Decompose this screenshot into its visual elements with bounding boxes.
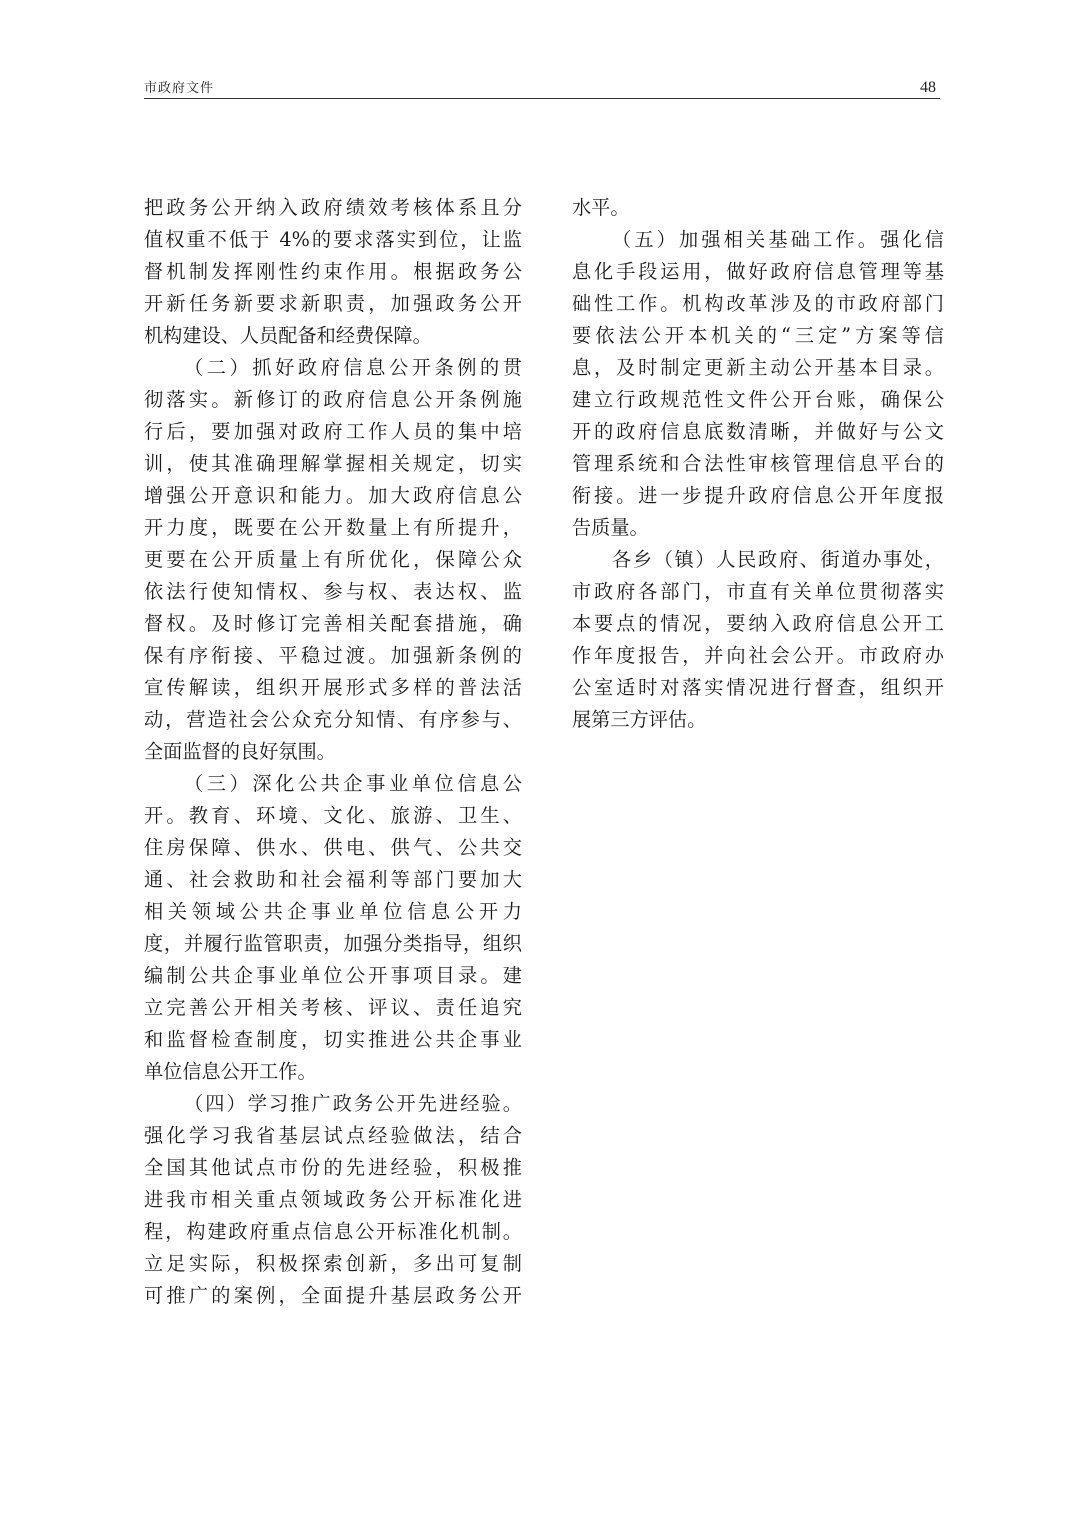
text-line: 各乡（镇）人民政府、街道办事处， — [572, 544, 944, 576]
text-line: 可推广的案例，全面提升基层政务公开 — [144, 1280, 522, 1312]
text-line: 依法行使知情权、参与权、表达权、监 — [144, 576, 522, 608]
text-line: （二）抓好政府信息公开条例的贯 — [144, 352, 522, 384]
text-line: 展第三方评估。 — [572, 704, 944, 736]
text-line: 督机制发挥刚性约束作用。根据政务公 — [144, 256, 522, 288]
text-line: 作年度报告，并向社会公开。市政府办 — [572, 640, 944, 672]
text-line: 息，及时制定更新主动公开基本目录。 — [572, 352, 944, 384]
right-column: 水平。（五）加强相关基础工作。强化信息化手段运用，做好政府信息管理等基础性工作。… — [572, 192, 944, 736]
text-line: 息化手段运用，做好政府信息管理等基 — [572, 256, 944, 288]
text-line: 彻落实。新修订的政府信息公开条例施 — [144, 384, 522, 416]
text-line: 通、社会救助和社会福利等部门要加大 — [144, 864, 522, 896]
text-line: 全面监督的良好氛围。 — [144, 736, 522, 768]
text-line: 把政务公开纳入政府绩效考核体系且分 — [144, 192, 522, 224]
text-line: 增强公开意识和能力。加大政府信息公 — [144, 480, 522, 512]
text-line: 值权重不低于 4%的要求落实到位，让监 — [144, 224, 522, 256]
text-line: 程，构建政府重点信息公开标准化机制。 — [144, 1216, 522, 1248]
text-line: （五）加强相关基础工作。强化信 — [572, 224, 944, 256]
text-line: 立足实际，积极探索创新，多出可复制 — [144, 1248, 522, 1280]
header-title: 市政府文件 — [144, 77, 214, 96]
text-line: 编制公共企事业单位公开事项目录。建 — [144, 960, 522, 992]
text-line: 训，使其准确理解掌握相关规定，切实 — [144, 448, 522, 480]
page-number: 48 — [920, 79, 936, 97]
text-line: 管理系统和合法性审核管理信息平台的 — [572, 448, 944, 480]
text-line: 度，并履行监管职责，加强分类指导，组织 — [144, 928, 522, 960]
text-line: 开力度，既要在公开数量上有所提升， — [144, 512, 522, 544]
text-line: 动，营造社会公众充分知情、有序参与、 — [144, 704, 522, 736]
text-line: 宣传解读，组织开展形式多样的普法活 — [144, 672, 522, 704]
text-line: 督权。及时修订完善相关配套措施，确 — [144, 608, 522, 640]
text-line: 相关领域公共企事业单位信息公开力 — [144, 896, 522, 928]
text-line: （四）学习推广政务公开先进经验。 — [144, 1088, 522, 1120]
text-line: 和监督检查制度，切实推进公共企事业 — [144, 1024, 522, 1056]
text-line: 更要在公开质量上有所优化，保障公众 — [144, 544, 522, 576]
text-line: 保有序衔接、平稳过渡。加强新条例的 — [144, 640, 522, 672]
text-line: 公室适时对落实情况进行督查，组织开 — [572, 672, 944, 704]
text-line: 开的政府信息底数清晰，并做好与公文 — [572, 416, 944, 448]
text-line: 机构建设、人员配备和经费保障。 — [144, 320, 522, 352]
text-line: 建立行政规范性文件公开台账，确保公 — [572, 384, 944, 416]
text-line: 全国其他试点市份的先进经验，积极推 — [144, 1152, 522, 1184]
text-line: （三）深化公共企事业单位信息公 — [144, 768, 522, 800]
text-line: 要依法公开本机关的“三定”方案等信 — [572, 320, 944, 352]
text-line: 单位信息公开工作。 — [144, 1056, 522, 1088]
text-line: 水平。 — [572, 192, 944, 224]
running-header: 市政府文件 48 — [144, 78, 940, 99]
text-line: 行后，要加强对政府工作人员的集中培 — [144, 416, 522, 448]
text-line: 立完善公开相关考核、评议、责任追究 — [144, 992, 522, 1024]
text-line: 市政府各部门，市直有关单位贯彻落实 — [572, 576, 944, 608]
text-line: 告质量。 — [572, 512, 944, 544]
text-line: 住房保障、供水、供电、供气、公共交 — [144, 832, 522, 864]
left-column: 把政务公开纳入政府绩效考核体系且分值权重不低于 4%的要求落实到位，让监督机制发… — [144, 192, 522, 1312]
text-line: 衔接。进一步提升政府信息公开年度报 — [572, 480, 944, 512]
text-line: 开新任务新要求新职责，加强政务公开 — [144, 288, 522, 320]
text-line: 础性工作。机构改革涉及的市政府部门 — [572, 288, 944, 320]
text-line: 进我市相关重点领域政务公开标准化进 — [144, 1184, 522, 1216]
text-line: 本要点的情况，要纳入政府信息公开工 — [572, 608, 944, 640]
text-line: 强化学习我省基层试点经验做法，结合 — [144, 1120, 522, 1152]
text-line: 开。教育、环境、文化、旅游、卫生、 — [144, 800, 522, 832]
